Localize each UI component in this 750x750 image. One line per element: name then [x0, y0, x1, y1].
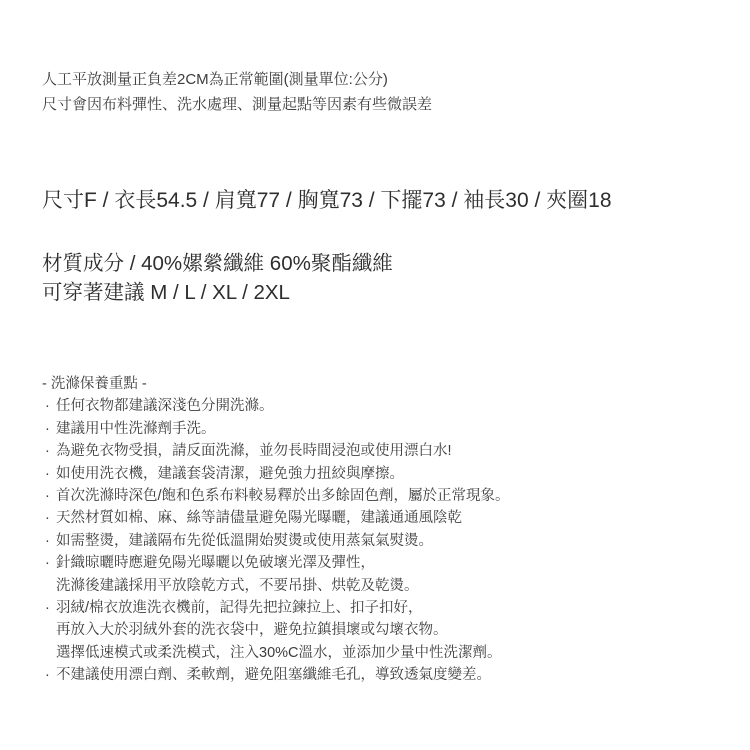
- care-item-text: 針織晾曬時應避免陽光曝曬以免破壞光澤及彈性，: [56, 555, 375, 571]
- measurement-note-line2: 尺寸會因布料彈性、洗水處理、測量起點等因素有些微誤差: [42, 92, 432, 117]
- bullet-dot: ·: [45, 552, 56, 574]
- care-item: ·為避免衣物受損，請反面洗滌，並勿長時間浸泡或使用漂白水!: [42, 440, 510, 462]
- bullet-dot: ·: [45, 440, 56, 462]
- care-item: 再放入大於羽絨外套的洗衣袋中，避免拉鎮損壞或勾壞衣物。: [42, 619, 510, 641]
- measurement-note-line1: 人工平放測量正負差2CM為正常範圍(測量單位:公分): [42, 67, 432, 92]
- care-item: ·首次洗滌時深色/飽和色系布料較易釋於出多餘固色劑，屬於正常現象。: [42, 485, 510, 507]
- care-item-text: 不建議使用漂白劑、柔軟劑，避免阻塞纖維毛孔，導致透氣度變差。: [56, 667, 491, 683]
- care-item-text: 任何衣物都建議深淺色分開洗滌。: [56, 398, 274, 414]
- care-instructions: - 洗滌保養重點 - ·任何衣物都建議深淺色分開洗滌。·建議用中性洗滌劑手洗。·…: [42, 373, 510, 687]
- care-item: ·建議用中性洗滌劑手洗。: [42, 418, 510, 440]
- care-item: 選擇低速模式或柔洗模式，注入30%C溫水，並添加少量中性洗潔劑。: [42, 642, 510, 664]
- fit-recommendation-line: 可穿著建議 M / L / XL / 2XL: [42, 278, 393, 307]
- bullet-dot: ·: [45, 418, 56, 440]
- care-item: ·不建議使用漂白劑、柔軟劑，避免阻塞纖維毛孔，導致透氣度變差。: [42, 664, 510, 686]
- care-item: ·如使用洗衣機，建議套袋清潔，避免強力扭絞與摩擦。: [42, 463, 510, 485]
- care-item-text: 洗滌後建議採用平放陰乾方式，不要吊掛、烘乾及乾燙。: [56, 578, 419, 594]
- material-composition-line: 材質成分 / 40%嫘縈纖維 60%聚酯纖維: [42, 249, 393, 278]
- bullet-dot: ·: [45, 507, 56, 529]
- size-spec-line: 尺寸F / 衣長54.5 / 肩寬77 / 胸寬73 / 下擺73 / 袖長30…: [42, 184, 612, 214]
- care-item-text: 如需整燙，建議隔布先從低溫開始熨燙或使用蒸氣氣熨燙。: [56, 533, 433, 549]
- care-item-text: 再放入大於羽絨外套的洗衣袋中，避免拉鎮損壞或勾壞衣物。: [56, 622, 448, 638]
- care-item: ·針織晾曬時應避免陽光曝曬以免破壞光澤及彈性，: [42, 552, 510, 574]
- care-item: ·如需整燙，建議隔布先從低溫開始熨燙或使用蒸氣氣熨燙。: [42, 530, 510, 552]
- product-description-page: 人工平放測量正負差2CM為正常範圍(測量單位:公分) 尺寸會因布料彈性、洗水處理…: [0, 0, 750, 750]
- care-item: ·任何衣物都建議深淺色分開洗滌。: [42, 395, 510, 417]
- care-item: 洗滌後建議採用平放陰乾方式，不要吊掛、烘乾及乾燙。: [42, 575, 510, 597]
- care-section-title: - 洗滌保養重點 -: [42, 373, 510, 395]
- care-item: ·羽絨/棉衣放進洗衣機前，記得先把拉鍊拉上、扣子扣好，: [42, 597, 510, 619]
- bullet-dot: ·: [45, 664, 56, 686]
- bullet-dot: ·: [45, 485, 56, 507]
- bullet-dot: ·: [45, 463, 56, 485]
- measurement-note: 人工平放測量正負差2CM為正常範圍(測量單位:公分) 尺寸會因布料彈性、洗水處理…: [42, 67, 432, 117]
- bullet-dot: ·: [45, 530, 56, 552]
- care-item-list: ·任何衣物都建議深淺色分開洗滌。·建議用中性洗滌劑手洗。·為避免衣物受損，請反面…: [42, 395, 510, 686]
- care-item-text: 天然材質如棉、麻、絲等請儘量避免陽光曝曬，建議通通風陰乾: [56, 510, 462, 526]
- care-item-text: 如使用洗衣機，建議套袋清潔，避免強力扭絞與摩擦。: [56, 466, 404, 482]
- care-item-text: 首次洗滌時深色/飽和色系布料較易釋於出多餘固色劑，屬於正常現象。: [56, 488, 510, 504]
- care-item: ·天然材質如棉、麻、絲等請儘量避免陽光曝曬，建議通通風陰乾: [42, 507, 510, 529]
- care-item-text: 選擇低速模式或柔洗模式，注入30%C溫水，並添加少量中性洗潔劑。: [56, 645, 502, 661]
- care-item-text: 建議用中性洗滌劑手洗。: [56, 421, 216, 437]
- care-item-text: 羽絨/棉衣放進洗衣機前，記得先把拉鍊拉上、扣子扣好，: [56, 600, 423, 616]
- material-info: 材質成分 / 40%嫘縈纖維 60%聚酯纖維 可穿著建議 M / L / XL …: [42, 249, 393, 307]
- care-item-text: 為避免衣物受損，請反面洗滌，並勿長時間浸泡或使用漂白水!: [56, 443, 452, 459]
- bullet-dot: ·: [45, 597, 56, 619]
- bullet-dot: ·: [45, 395, 56, 417]
